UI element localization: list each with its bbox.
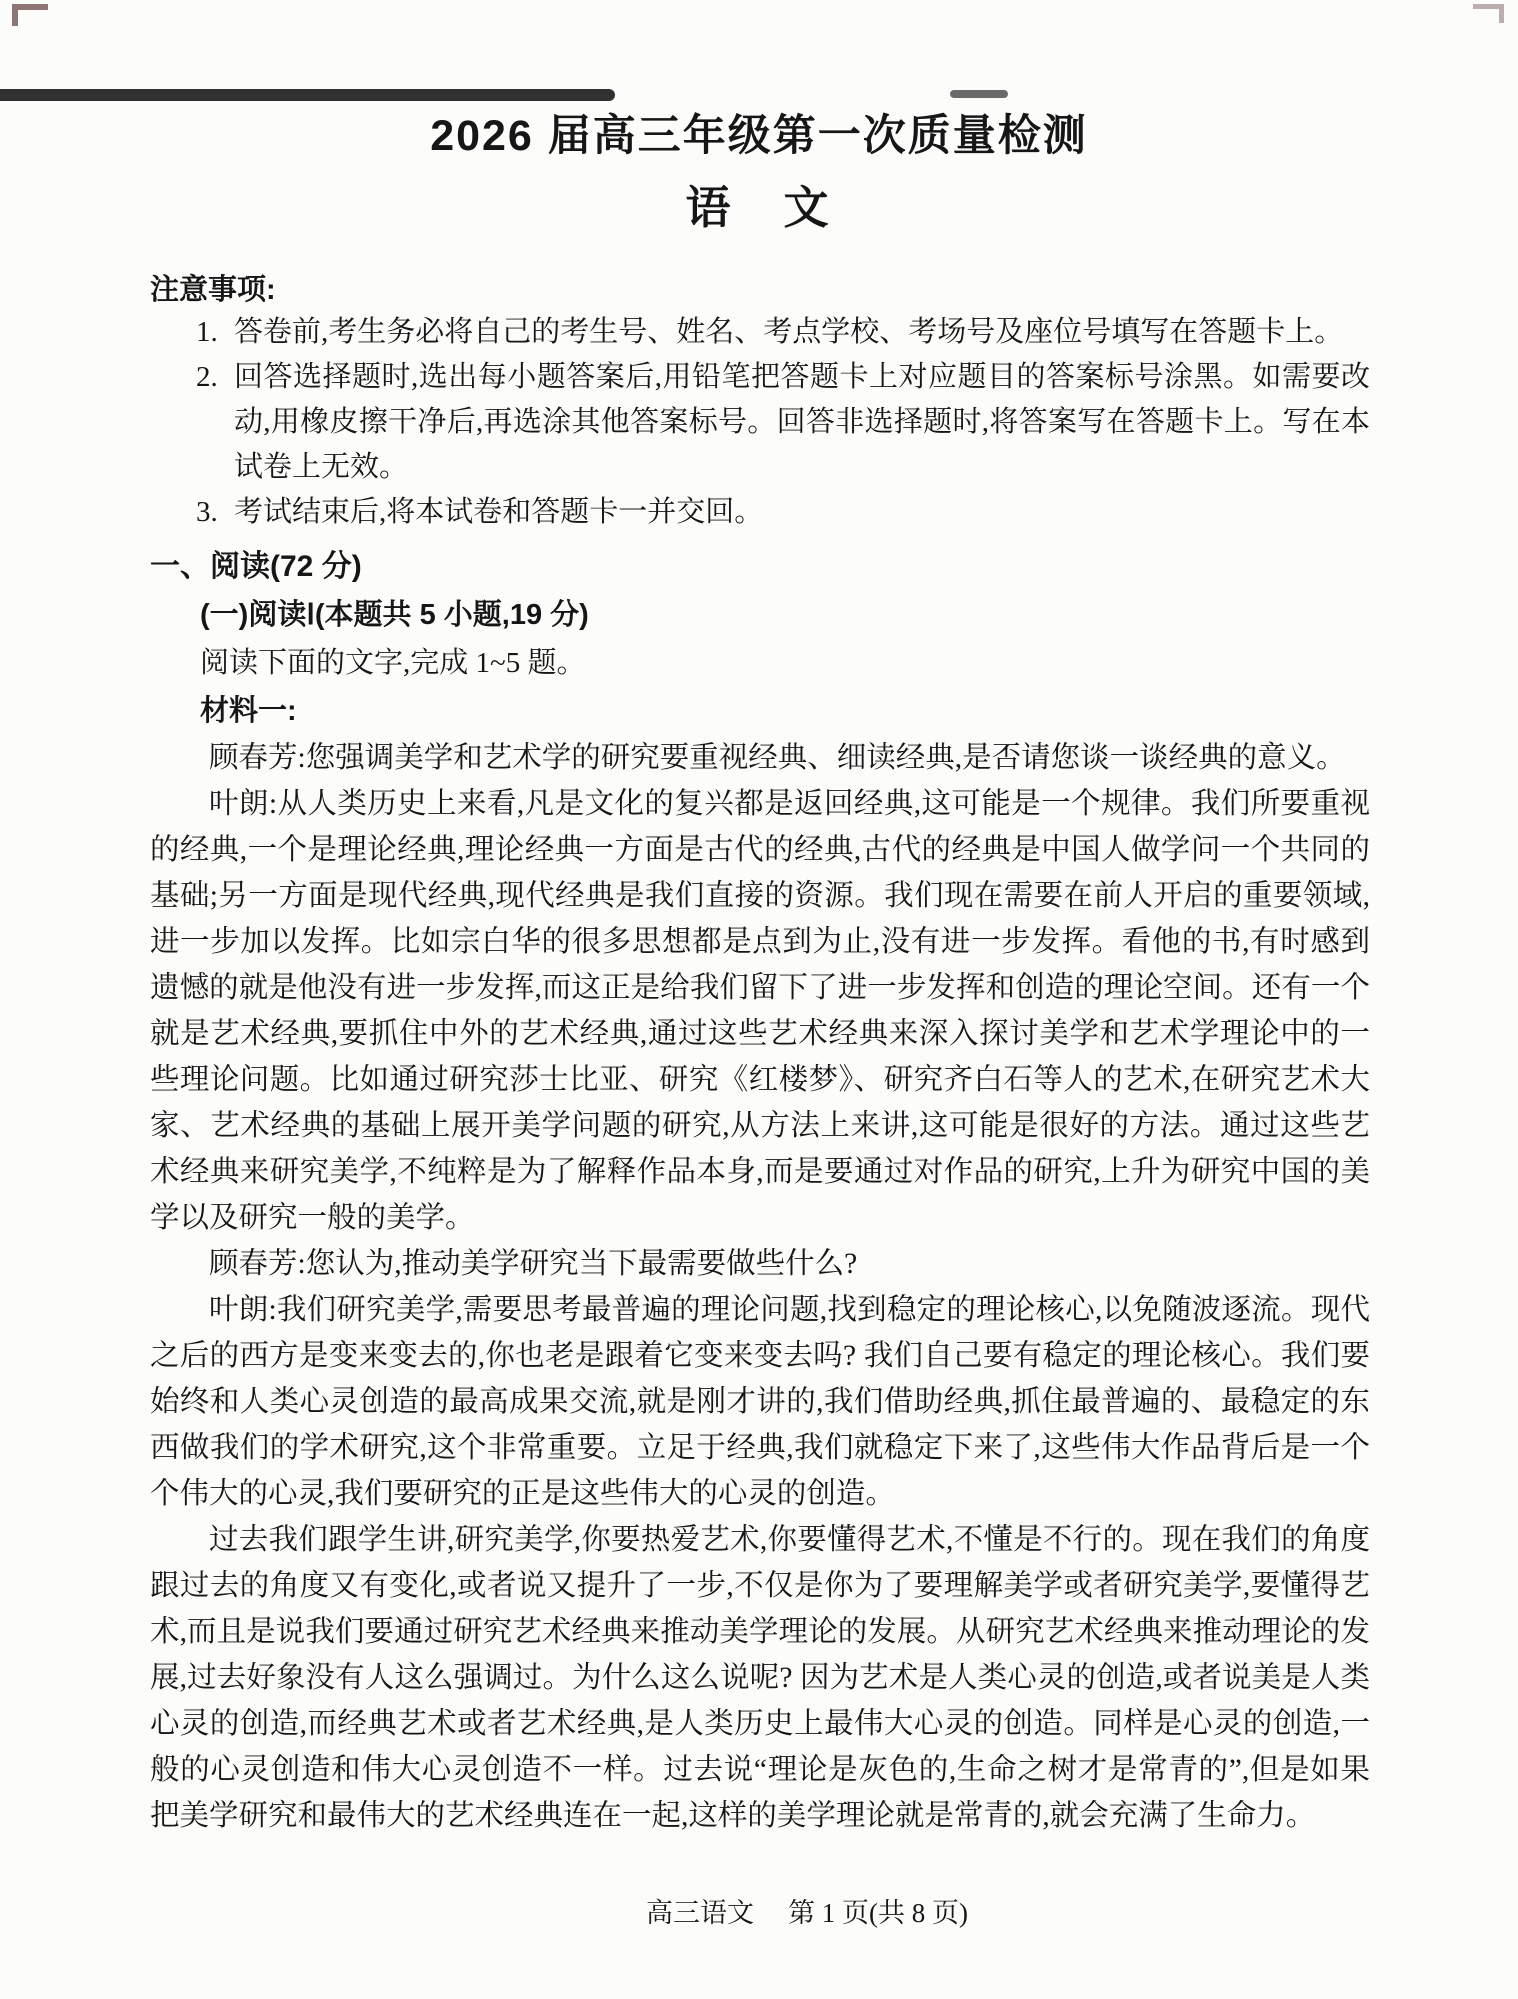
scan-streak-artifact [0, 89, 615, 101]
notice-item-2: 2. 回答选择题时,选出每小题答案后,用铅笔把答题卡上对应题目的答案标号涂黑。如… [150, 355, 1370, 490]
notice-item-3-text: 考试结束后,将本试卷和答题卡一并交回。 [234, 496, 763, 528]
notice-item-2-number: 2. [196, 355, 218, 400]
notice-item-1: 1. 答卷前,考生务必将自己的考生号、姓名、考点学校、考场号及座位号填写在答题卡… [150, 310, 1370, 355]
exam-paper-page: 2026 届高三年级第一次质量检测 语 文 注意事项: 1. 答卷前,考生务必将… [0, 0, 1518, 1999]
section-heading-reading: 一、阅读(72 分) [150, 543, 1370, 591]
dialogue-ye-lang-answer-1: 叶朗:从人类历史上来看,凡是文化的复兴都是返回经典,这可能是一个规律。我们所要重… [150, 781, 1370, 1241]
notice-item-2-text: 回答选择题时,选出每小题答案后,用铅笔把答题卡上对应题目的答案标号涂黑。如需要改… [234, 361, 1370, 483]
dialogue-ye-lang-answer-2-continued: 过去我们跟学生讲,研究美学,你要热爱艺术,你要懂得艺术,不懂是不行的。现在我们的… [150, 1517, 1370, 1839]
page-content: 注意事项: 1. 答卷前,考生务必将自己的考生号、姓名、考点学校、考场号及座位号… [0, 270, 1518, 1839]
notice-item-3: 3. 考试结束后,将本试卷和答题卡一并交回。 [150, 490, 1370, 535]
dialogue-gu-chunfang-question-1: 顾春芳:您强调美学和艺术学的研究要重视经典、细读经典,是否请您谈一谈经典的意义。 [150, 735, 1370, 781]
scan-corner-mark-top-right [1473, 4, 1504, 23]
footer-course-label: 高三语文 [646, 1898, 754, 1928]
footer-page-number: 第 1 页(共 8 页) [788, 1898, 968, 1928]
dialogue-ye-lang-answer-2: 叶朗:我们研究美学,需要思考最普遍的理论问题,找到稳定的理论核心,以免随波逐流。… [150, 1287, 1370, 1517]
subsection-heading-reading-1: (一)阅读Ⅰ(本题共 5 小题,19 分) [150, 591, 1370, 639]
notice-item-1-text: 答卷前,考生务必将自己的考生号、姓名、考点学校、考场号及座位号填写在答题卡上。 [234, 316, 1343, 348]
scan-dash-artifact [950, 90, 1008, 98]
exam-subject: 语 文 [0, 182, 1518, 234]
notice-item-3-number: 3. [196, 490, 218, 535]
material-one-label: 材料一: [150, 687, 1370, 735]
notice-heading: 注意事项: [150, 270, 1370, 310]
dialogue-gu-chunfang-question-2: 顾春芳:您认为,推动美学研究当下最需要做些什么? [150, 1241, 1370, 1287]
exam-title: 2026 届高三年级第一次质量检测 [0, 112, 1518, 160]
page-footer: 高三语文第 1 页(共 8 页) [0, 1896, 1518, 1930]
scan-corner-mark-top-left [12, 4, 48, 26]
notice-item-1-number: 1. [196, 310, 218, 355]
reading-instruction: 阅读下面的文字,完成 1~5 题。 [150, 639, 1370, 687]
